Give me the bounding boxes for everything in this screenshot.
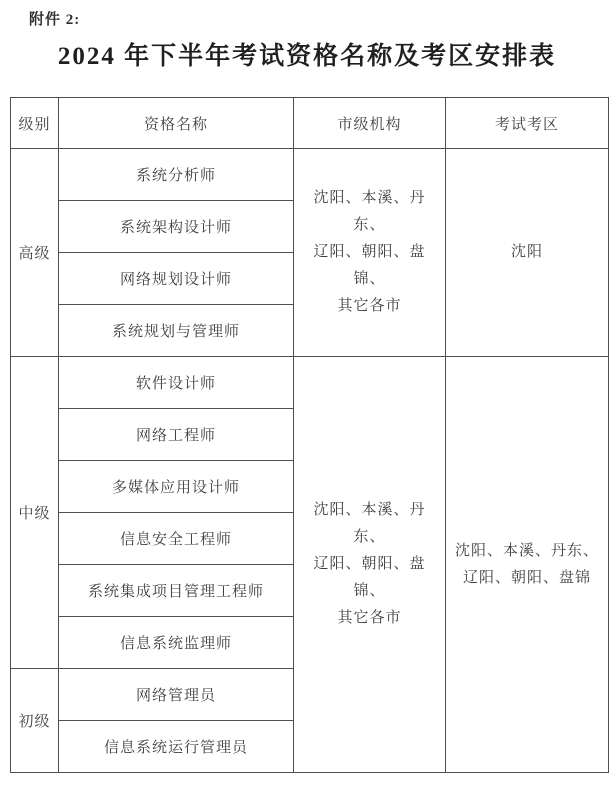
document-page: 附件 2: 2024 年下半年考试资格名称及考区安排表 级别 资格名称 市级机构… [0, 0, 614, 788]
qualification-cell: 信息安全工程师 [59, 513, 294, 565]
qualification-cell: 多媒体应用设计师 [59, 461, 294, 513]
header-row: 级别 资格名称 市级机构 考试考区 [11, 98, 609, 149]
exam-schedule-table: 级别 资格名称 市级机构 考试考区 高级 系统分析师 沈阳、本溪、丹东、 辽阳、… [10, 97, 609, 773]
city-org-cell: 沈阳、本溪、丹东、 辽阳、朝阳、盘锦、 其它各市 [294, 149, 446, 357]
city-org-cell: 沈阳、本溪、丹东、 辽阳、朝阳、盘锦、 其它各市 [294, 357, 446, 773]
level-cell-junior: 初级 [11, 669, 59, 773]
qualification-cell: 网络规划设计师 [59, 253, 294, 305]
qualification-cell: 系统架构设计师 [59, 201, 294, 253]
attachment-label: 附件 2: [29, 8, 80, 29]
qualification-cell: 信息系统运行管理员 [59, 721, 294, 773]
page-title: 2024 年下半年考试资格名称及考区安排表 [0, 36, 614, 72]
column-header-exam-area: 考试考区 [446, 98, 609, 149]
column-header-qualification: 资格名称 [59, 98, 294, 149]
table-row: 中级 软件设计师 沈阳、本溪、丹东、 辽阳、朝阳、盘锦、 其它各市 沈阳、本溪、… [11, 357, 609, 409]
exam-area-cell: 沈阳 [446, 149, 609, 357]
table-row: 高级 系统分析师 沈阳、本溪、丹东、 辽阳、朝阳、盘锦、 其它各市 沈阳 [11, 149, 609, 201]
exam-area-cell: 沈阳、本溪、丹东、 辽阳、朝阳、盘锦 [446, 357, 609, 773]
qualification-cell: 系统分析师 [59, 149, 294, 201]
qualification-cell: 网络工程师 [59, 409, 294, 461]
column-header-level: 级别 [11, 98, 59, 149]
level-cell-intermediate: 中级 [11, 357, 59, 669]
qualification-cell: 信息系统监理师 [59, 617, 294, 669]
qualification-cell: 网络管理员 [59, 669, 294, 721]
qualification-cell: 系统规划与管理师 [59, 305, 294, 357]
qualification-cell: 系统集成项目管理工程师 [59, 565, 294, 617]
column-header-city-org: 市级机构 [294, 98, 446, 149]
qualification-cell: 软件设计师 [59, 357, 294, 409]
level-cell-advanced: 高级 [11, 149, 59, 357]
